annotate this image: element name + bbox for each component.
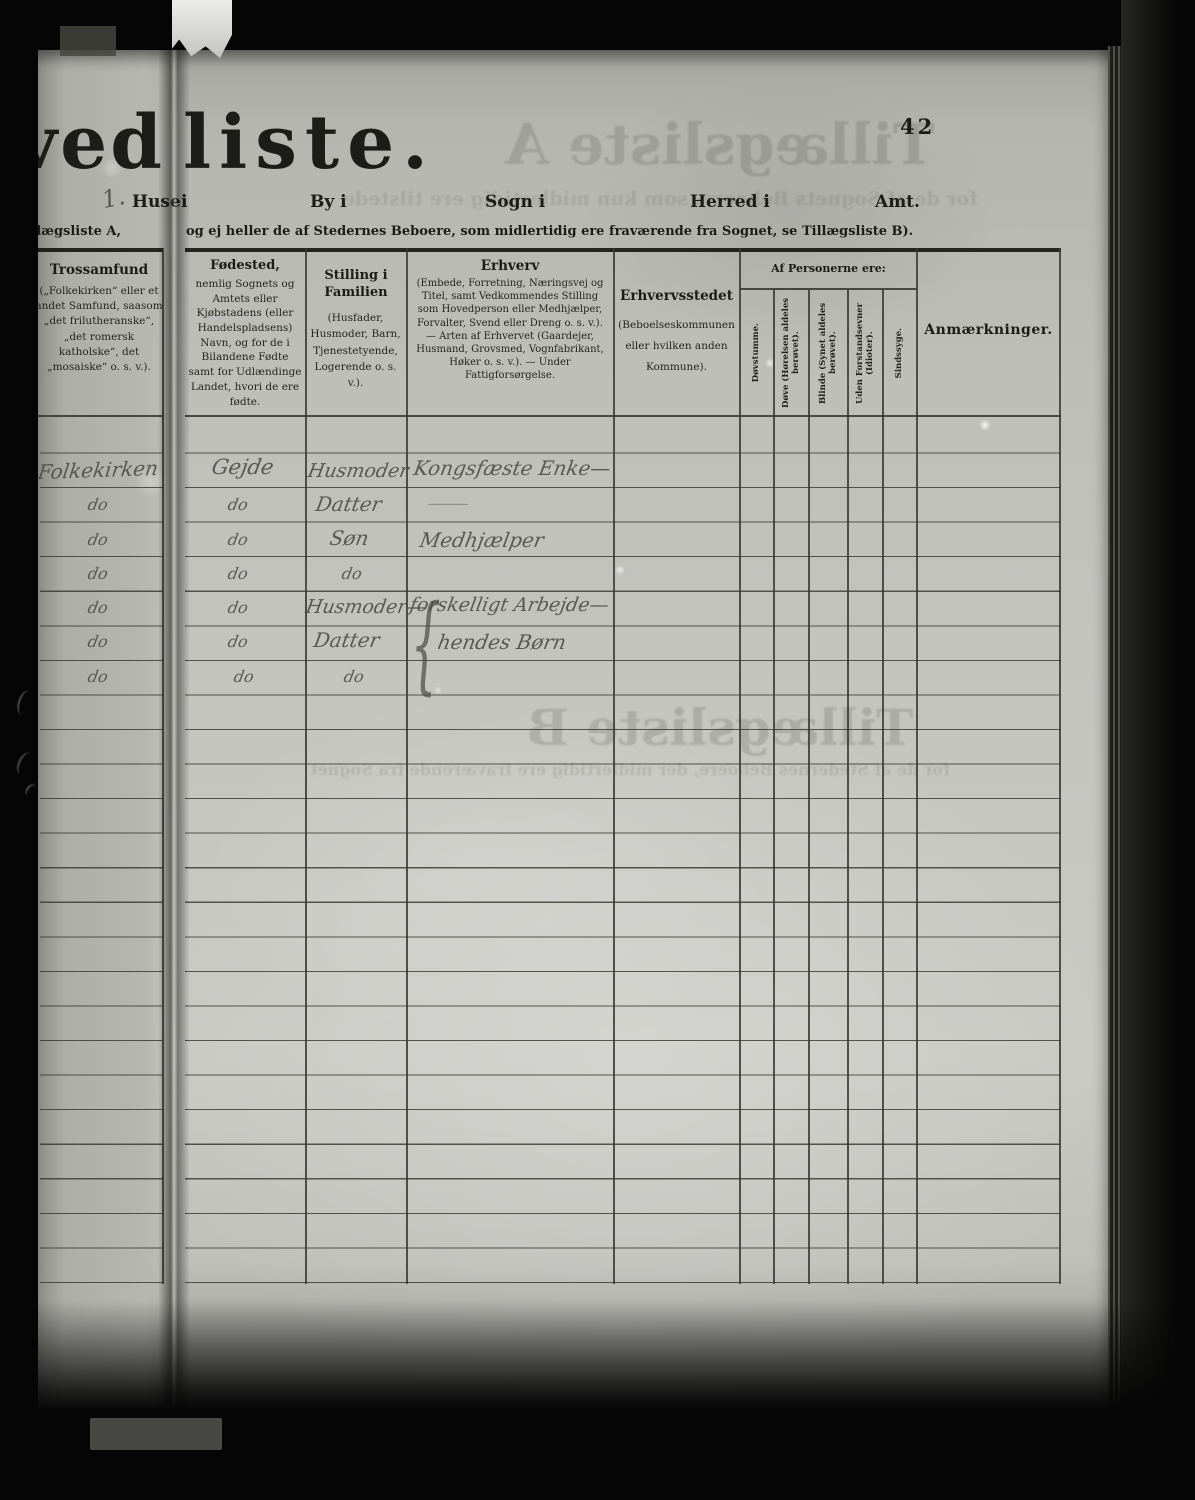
subcol-header-doevstumme: Døvstumme. [740, 292, 773, 414]
photo-edge-left [0, 0, 38, 1500]
col-subheader-erhvervsstedet: (Beboelseskommunen eller hvilken anden K… [618, 315, 735, 378]
book-page-edges [1108, 46, 1121, 1416]
row-group-brace: { [411, 592, 441, 696]
page-number: 42 [900, 114, 935, 139]
af-personerne-underline [740, 288, 917, 290]
subcol-label: Sindssyge. [894, 328, 904, 378]
page-corner-patch [90, 1418, 222, 1450]
table-right-border [1059, 248, 1061, 1284]
row3-foedested: do [226, 530, 249, 549]
subcol-header-doeve: Døve (Hørelsen aldeles berøvet). [774, 292, 808, 414]
row3-trossamfund: do [86, 530, 109, 549]
subcol-label: Døve (Hørelsen aldeles berøvet). [781, 292, 801, 414]
field-sogn-label: Sogn i [485, 192, 545, 212]
row2-trossamfund: do [86, 495, 109, 514]
field-by-label: By i [310, 192, 347, 212]
note-main: og ej heller de af Stedernes Beboere, so… [186, 224, 1016, 239]
col-rule-gutter-left [162, 248, 164, 1284]
row3-stilling: Søn [328, 526, 371, 550]
row4-foedested: do [226, 564, 249, 583]
col-subheader-stilling: (Husfader, Husmoder, Barn, Tjenestetyend… [308, 310, 403, 391]
row5-trossamfund: do [86, 598, 109, 617]
col-header-foedested: Fødested, [185, 258, 305, 273]
row1-stilling: Husmoder [306, 460, 410, 482]
subcol-header-uden-forstandsevner: Uden Forstandsevner (Idioter). [848, 292, 882, 414]
field-herred-label: Herred i [690, 192, 770, 212]
dim-paper-patch [60, 26, 116, 56]
row1-erhverv: Kongsfæste Enke— [412, 456, 613, 480]
header-bottom-rule [185, 415, 1061, 417]
col-header-stilling: Stilling i Familien [320, 268, 392, 302]
subcol-label: Uden Forstandsevner (Idioter). [855, 292, 875, 414]
subcol-label: Blinde (Synet aldeles berøvet). [818, 292, 838, 414]
body-row-rules [185, 419, 1061, 1285]
row7-trossamfund: do [86, 667, 109, 686]
col-subheader-trossamfund: („Folkekirken“ eller et andet Samfund, s… [34, 284, 164, 375]
col-header-erhvervsstedet: Erhvervsstedet [614, 288, 739, 304]
row4-trossamfund: do [86, 564, 109, 583]
row6-foedested: do [226, 632, 249, 651]
subcol-header-blinde: Blinde (Synet aldeles berøvet). [809, 292, 847, 414]
row6-erhverv: hendes Børn [436, 630, 568, 654]
col-subheader-erhverv: (Embede, Forretning, Næringsvej og Titel… [413, 277, 607, 383]
row6-trossamfund: do [86, 632, 109, 651]
row3-erhverv: Medhjælper [418, 528, 546, 552]
row4-stilling: do [340, 564, 363, 583]
subcol-rule-1 [773, 290, 775, 1284]
row2-erhverv-dash: ——— [427, 496, 469, 512]
row1-trossamfund: Folkekirken [36, 456, 159, 484]
header-bottom-rule-left [36, 415, 163, 417]
row5-foedested: do [226, 598, 249, 617]
page-title-right-fragment: liste. [183, 100, 436, 186]
col-rule-foedested-stilling [305, 248, 307, 1284]
col-rule-erhverv-erhvervsstedet [613, 248, 615, 1284]
table-top-border-left [36, 248, 163, 252]
col-header-erhverv: Erhverv [407, 258, 613, 274]
col-header-trossamfund: Trossamfund [36, 262, 162, 278]
photo-bottom-fade [0, 1300, 1195, 1412]
row2-foedested: do [226, 495, 249, 514]
row7-stilling: do [342, 667, 365, 686]
col-header-af-personerne: Af Personerne ere: [740, 262, 917, 275]
subcol-header-sindssyge: Sindssyge. [883, 292, 916, 414]
table-top-border [185, 248, 1061, 252]
subcol-rule-4 [882, 290, 884, 1284]
subcol-rule-3 [847, 290, 849, 1284]
subcol-label: Døvstumme. [751, 323, 761, 382]
field-amt-label: Amt. [875, 192, 920, 212]
field-i-label: i [181, 192, 187, 212]
row6-stilling: Datter [312, 628, 382, 652]
col-rule-sindssyge-anmaerkninger [916, 248, 918, 1284]
col-rule-stilling-erhverv [406, 248, 408, 1284]
scanned-census-page: Tillægsliste A for de af Sognets Beboere… [0, 0, 1195, 1500]
photo-edge-right [1121, 0, 1177, 1500]
field-huse-label: Huse [132, 192, 181, 212]
col-subheader-foedested: nemlig Sognets og Amtets eller Kjøbstade… [188, 277, 302, 409]
subcol-rule-2 [808, 290, 810, 1284]
row2-stilling: Datter [314, 492, 384, 516]
row1-foedested: Gejde [210, 455, 276, 479]
col-header-anmaerkninger: Anmærkninger. [918, 322, 1059, 338]
row7-foedested: do [232, 667, 255, 686]
